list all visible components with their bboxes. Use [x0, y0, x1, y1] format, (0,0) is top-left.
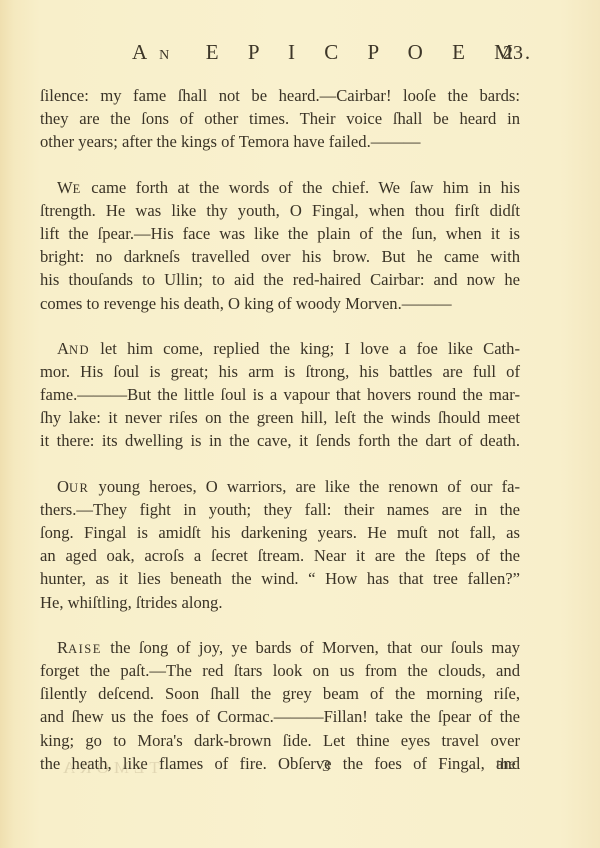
- lead-initial: W: [57, 178, 73, 197]
- text-line: his thouſands to Ullin; to aid the red-h…: [40, 268, 520, 291]
- lead-text: young heroes, O warriors, are like the r…: [89, 477, 520, 496]
- paragraph: WE came forth at the words of the chief.…: [40, 176, 520, 315]
- text-line: He, whiſtling, ſtrides along.: [40, 591, 520, 614]
- running-title-initial: A: [132, 40, 159, 64]
- paragraph-continuation: ſilence: my fame ſhall not be heard.—Cai…: [40, 84, 520, 154]
- catchword: the: [496, 756, 516, 774]
- signature-mark: 3: [322, 756, 331, 776]
- lead-smallcaps: UR: [69, 481, 89, 495]
- lead-text: let him come, replied the king; I love a…: [90, 339, 520, 358]
- text-line: ſilently deſcend. Soon ſhall the grey be…: [40, 682, 520, 705]
- lead-smallcaps: ND: [69, 343, 90, 357]
- lead-initial: A: [57, 339, 69, 358]
- text-line: mor. His ſoul is great; his arm is ſtron…: [40, 360, 520, 383]
- text-line: ſilence: my fame ſhall not be heard.—Cai…: [40, 84, 520, 107]
- text-line: ſtrength. He was like thy youth, O Finga…: [40, 199, 520, 222]
- page-footer: 3 the: [40, 756, 520, 778]
- lead-text: the ſong of joy, ye bards of Morven, tha…: [102, 638, 520, 657]
- text-line: fame.———But the little ſoul is a vapour …: [40, 383, 520, 406]
- text-line: lift the ſpear.—His face was like the pl…: [40, 222, 520, 245]
- lead-smallcaps: E: [73, 182, 82, 196]
- text-line-lead: OUR young heroes, O warriors, are like t…: [40, 475, 520, 498]
- running-title: AN E P I C P O E M.: [132, 40, 542, 65]
- text-line: comes to revenge his death, O king of wo…: [40, 292, 520, 315]
- lead-smallcaps: AISE: [68, 642, 102, 656]
- text-line: king; go to Mora's dark-brown ſide. Let …: [40, 729, 520, 752]
- book-page: AN E P I C P O E M. 23 ſilence: my fame …: [0, 0, 600, 848]
- page-number: 23: [503, 42, 523, 65]
- text-line: other years; after the kings of Temora h…: [40, 130, 520, 153]
- text-line: thers.—They fight in youth; they fall: t…: [40, 498, 520, 521]
- text-line-lead: WE came forth at the words of the chief.…: [40, 176, 520, 199]
- text-line: ſhy lake: it never riſes on the green hi…: [40, 406, 520, 429]
- paragraph: AND let him come, replied the king; I lo…: [40, 337, 520, 453]
- lead-initial: O: [57, 477, 69, 496]
- body-text: ſilence: my fame ſhall not be heard.—Cai…: [40, 84, 520, 775]
- text-line: forget the paſt.—The red ſtars look on u…: [40, 659, 520, 682]
- running-title-smallcaps: N: [159, 48, 171, 63]
- paragraph: RAISE the ſong of joy, ye bards of Morve…: [40, 636, 520, 775]
- running-title-rest: E P I C P O E M.: [206, 40, 542, 64]
- paragraph: OUR young heroes, O warriors, are like t…: [40, 475, 520, 614]
- text-line: hunter, as it lies beneath the wind. “ H…: [40, 567, 520, 590]
- text-line: ſong. Fingal is amidſt his darkening yea…: [40, 521, 520, 544]
- running-head: AN E P I C P O E M. 23: [40, 40, 520, 70]
- text-line: and ſhew us the foes of Cormac.———Fillan…: [40, 705, 520, 728]
- text-line-lead: AND let him come, replied the king; I lo…: [40, 337, 520, 360]
- text-line: bright: no darkneſs travelled over his b…: [40, 245, 520, 268]
- lead-initial: R: [57, 638, 68, 657]
- lead-text: came forth at the words of the chief. We…: [82, 178, 520, 197]
- text-line-lead: RAISE the ſong of joy, ye bards of Morve…: [40, 636, 520, 659]
- text-line: it there: its dwelling is in the cave, i…: [40, 429, 520, 452]
- text-line: an aged oak, acroſs a ſecret ſtream. Nea…: [40, 544, 520, 567]
- text-line: they are the ſons of other times. Their …: [40, 107, 520, 130]
